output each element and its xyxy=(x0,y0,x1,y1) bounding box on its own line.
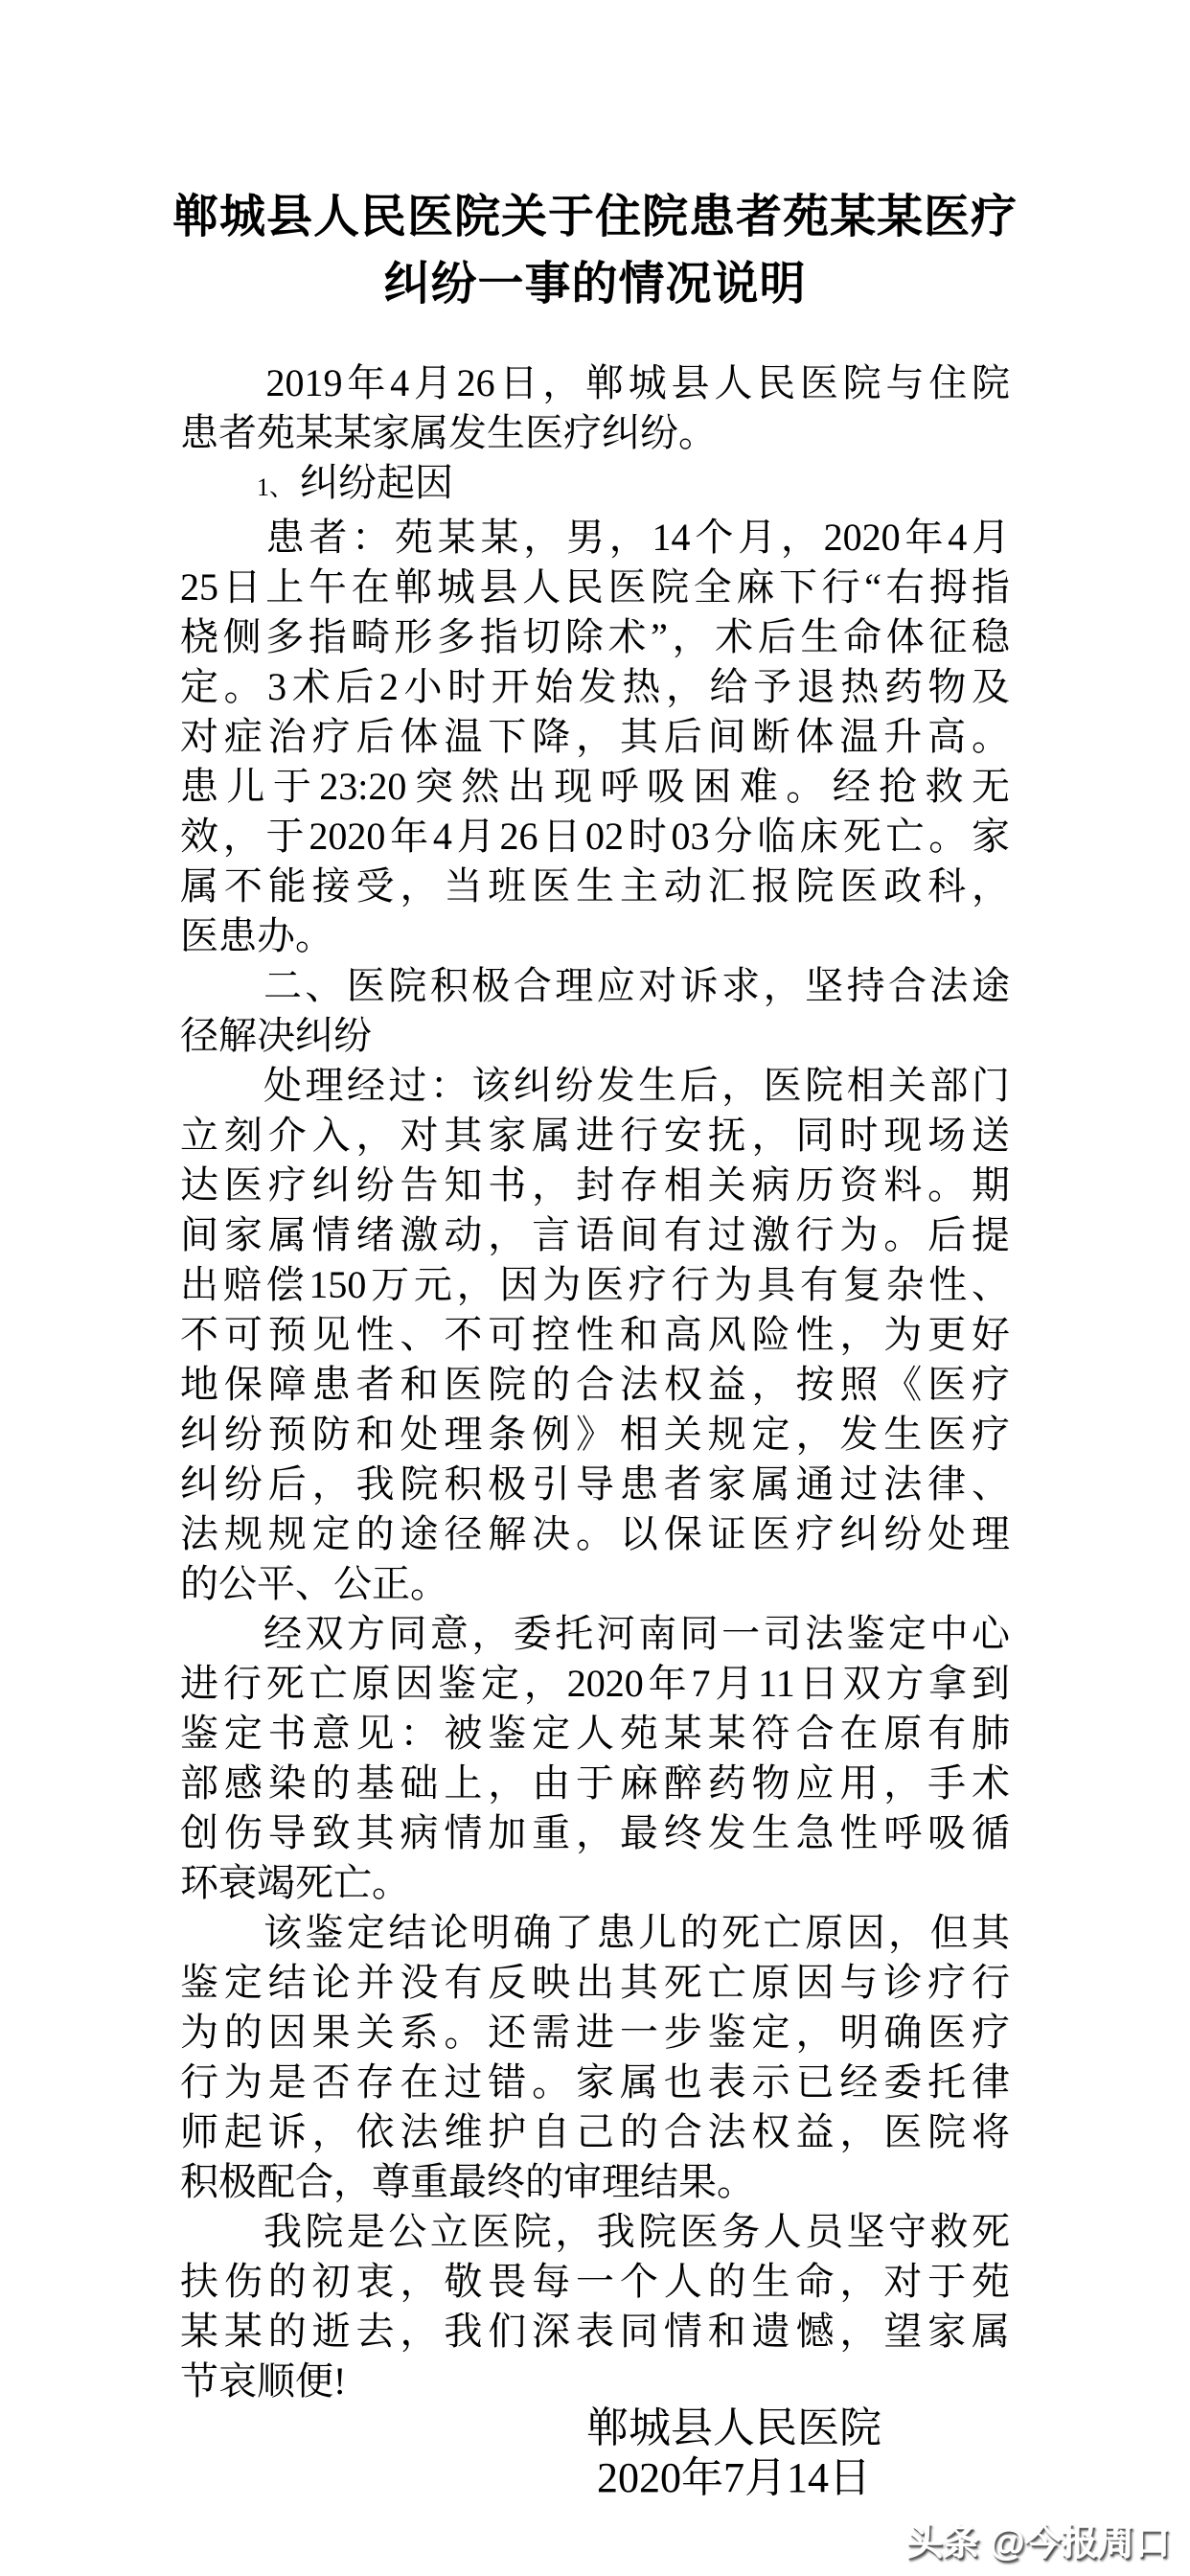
paragraph-appraisal-conclusion: 该鉴定结论明确了患儿的死亡原因，但其鉴定结论并没有反映出其死亡原因与诊疗行为的因… xyxy=(180,1908,1010,2207)
text-line: 纠纷后，我院积极引导患者家属通过法律、 xyxy=(180,1460,1010,1509)
signature-block: 郸城县人民医院 2020年7月14日 xyxy=(586,2403,881,2503)
text-line: 地保障患者和医院的合法权益，按照《医疗 xyxy=(180,1360,1010,1410)
text-line: 达医疗纠纷告知书，封存相关病历资料。期 xyxy=(180,1161,1010,1210)
document-page: 郸城县人民医院关于住院患者苑某某医疗 纠纷一事的情况说明 2019年4月26日，… xyxy=(0,0,1190,2576)
paragraph-intro: 2019年4月26日，郸城县人民医院与住院患者苑某某家属发生医疗纠纷。 xyxy=(180,358,1010,458)
document-title: 郸城县人民医院关于住院患者苑某某医疗 纠纷一事的情况说明 xyxy=(0,184,1190,318)
text-line: 医患办。 xyxy=(180,911,1010,961)
text-line: 对症治疗后体温下降，其后间断体温升高。 xyxy=(180,712,1010,762)
paragraph-handling-process: 处理经过：该纠纷发生后，医院相关部门立刻介入，对其家属进行安抚，同时现场送达医疗… xyxy=(180,1061,1010,1609)
text-line: 为的因果关系。还需进一步鉴定，明确医疗 xyxy=(180,2008,1010,2058)
signature-date: 2020年7月14日 xyxy=(586,2453,881,2503)
text-line: 部感染的基础上，由于麻醉药物应用，手术 xyxy=(180,1759,1010,1808)
text-line: 节哀顺便! xyxy=(180,2357,1010,2406)
text-line: 立刻介入，对其家属进行安抚，同时现场送 xyxy=(180,1111,1010,1161)
text-line: 二、医院积极合理应对诉求，坚持合法途 xyxy=(180,961,1010,1011)
text-line: 桡侧多指畸形多指切除术”，术后生命体征稳 xyxy=(180,612,1010,662)
text-line: 创伤导致其病情加重，最终发生急性呼吸循 xyxy=(180,1808,1010,1858)
text-line: 师起诉，依法维护自己的合法权益，医院将 xyxy=(180,2107,1010,2157)
section-heading-2: 二、医院积极合理应对诉求，坚持合法途径解决纠纷 xyxy=(180,961,1010,1061)
text-line: 患儿于23:20突然出现呼吸困难。经抢救无 xyxy=(180,762,1010,812)
text-line: 间家属情绪激动，言语间有过激行为。后提 xyxy=(180,1210,1010,1260)
text-line: 纠纷预防和处理条例》相关规定，发生医疗 xyxy=(180,1410,1010,1460)
text-line: 鉴定书意见：被鉴定人苑某某符合在原有肺 xyxy=(180,1709,1010,1759)
section-heading-1: 1、纠纷起因 xyxy=(180,458,1010,513)
text-line: 径解决纠纷 xyxy=(180,1011,1010,1061)
text-line: 进行死亡原因鉴定，2020年7月11日双方拿到 xyxy=(180,1659,1010,1709)
text-line: 2019年4月26日，郸城县人民医院与住院 xyxy=(180,358,1010,408)
text-line: 的公平、公正。 xyxy=(180,1559,1010,1609)
text-line: 出赔偿150万元，因为医疗行为具有复杂性、 xyxy=(180,1260,1010,1310)
text-line: 不可预见性、不可控性和高风险性，为更好 xyxy=(180,1310,1010,1360)
watermark: 头条 @今报周口 xyxy=(906,2513,1171,2565)
text-line: 扶伤的初衷，敬畏每一个人的生命，对于苑 xyxy=(180,2257,1010,2307)
text-line: 患者：苑某某，男，14个月，2020年4月 xyxy=(180,513,1010,563)
text-line: 积极配合，尊重最终的审理结果。 xyxy=(180,2157,1010,2207)
text-line: 属不能接受，当班医生主动汇报院医政科， xyxy=(180,862,1010,911)
section-number: 1、 xyxy=(180,473,300,501)
paragraph-patient-course: 患者：苑某某，男，14个月，2020年4月25日上午在郸城县人民医院全麻下行“右… xyxy=(180,513,1010,961)
title-line-1: 郸城县人民医院关于住院患者苑某某医疗 xyxy=(0,184,1190,251)
text-line: 法规规定的途径解决。以保证医疗纠纷处理 xyxy=(180,1509,1010,1559)
text-line: 鉴定结论并没有反映出其死亡原因与诊疗行 xyxy=(180,1958,1010,2008)
text-line: 25日上午在郸城县人民医院全麻下行“右拇指 xyxy=(180,563,1010,612)
text-line: 我院是公立医院，我院医务人员坚守救死 xyxy=(180,2207,1010,2257)
text-line: 患者苑某某家属发生医疗纠纷。 xyxy=(180,408,1010,458)
paragraph-appraisal-result: 经双方同意，委托河南同一司法鉴定中心进行死亡原因鉴定，2020年7月11日双方拿… xyxy=(180,1609,1010,1908)
section-heading-1-text: 纠纷起因 xyxy=(300,461,453,504)
text-line: 定。3术后2小时开始发热，给予退热药物及 xyxy=(180,662,1010,712)
title-line-2: 纠纷一事的情况说明 xyxy=(0,251,1190,318)
text-line: 处理经过：该纠纷发生后，医院相关部门 xyxy=(180,1061,1010,1111)
text-line: 该鉴定结论明确了患儿的死亡原因，但其 xyxy=(180,1908,1010,1958)
text-line: 经双方同意，委托河南同一司法鉴定中心 xyxy=(180,1609,1010,1659)
text-line: 行为是否存在过错。家属也表示已经委托律 xyxy=(180,2058,1010,2107)
document-body: 2019年4月26日，郸城县人民医院与住院患者苑某某家属发生医疗纠纷。 1、纠纷… xyxy=(180,358,1010,2406)
text-line: 效，于2020年4月26日02时03分临床死亡。家 xyxy=(180,812,1010,862)
text-line: 某某的逝去，我们深表同情和遗憾，望家属 xyxy=(180,2307,1010,2357)
signature-org: 郸城县人民医院 xyxy=(586,2403,881,2453)
paragraph-condolence: 我院是公立医院，我院医务人员坚守救死扶伤的初衷，敬畏每一个人的生命，对于苑某某的… xyxy=(180,2207,1010,2406)
text-line: 环衰竭死亡。 xyxy=(180,1858,1010,1908)
